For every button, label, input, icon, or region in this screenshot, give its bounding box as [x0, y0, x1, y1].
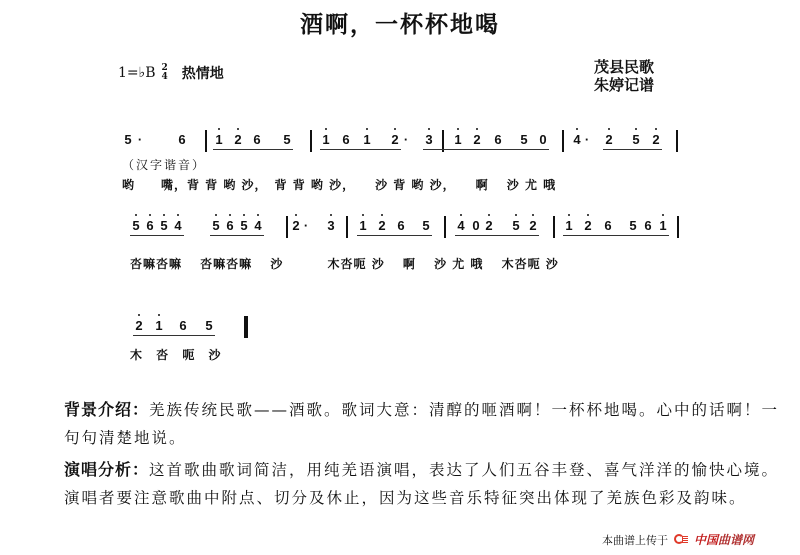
beam-line [238, 235, 264, 236]
key-signature: 1=♭B 2 4 热情地 [118, 63, 224, 83]
site-name-part1[interactable]: 中国 [694, 531, 718, 548]
note: 5 [130, 218, 142, 233]
high-octave-dot [163, 214, 165, 216]
note: 1 [153, 318, 165, 333]
high-octave-dot [362, 214, 364, 216]
note: 2 [376, 218, 388, 233]
beam-line [630, 149, 662, 150]
note: 1 [563, 218, 575, 233]
credits: 茂县民歌 朱婷记谱 [594, 58, 654, 94]
note: 2 [471, 132, 483, 147]
note: 2 [483, 218, 495, 233]
dot-augmentation: · [134, 132, 146, 147]
note: 5 [210, 218, 222, 233]
site-name-part2[interactable]: 曲谱网 [718, 531, 754, 548]
note: 5 [420, 218, 432, 233]
dot-augmentation: · [581, 132, 593, 147]
note: 6 [602, 218, 614, 233]
high-octave-dot [330, 214, 332, 216]
note: 2 [232, 132, 244, 147]
origin-credit: 茂县民歌 [594, 58, 654, 76]
site-logo-icon [674, 534, 688, 545]
note: 5 [510, 218, 522, 233]
background-section: 背景介绍：羌族传统民歌——酒歌。歌词大意：清醇的咂酒啊！一杯杯地喝。心中的话啊！… [64, 396, 794, 452]
high-octave-dot [568, 214, 570, 216]
high-octave-dot [325, 128, 327, 130]
high-octave-dot [229, 214, 231, 216]
watermark-prefix: 本曲谱上传于 [602, 532, 668, 548]
high-octave-dot [488, 214, 490, 216]
note: 6 [251, 132, 263, 147]
high-octave-dot [394, 128, 396, 130]
score-row-1: 5·612651612·3126504·252 [0, 128, 800, 168]
transcriber-credit: 朱婷记谱 [594, 76, 654, 94]
bar-line [677, 216, 679, 238]
dot-augmentation: · [300, 218, 312, 233]
beam-line [510, 235, 539, 236]
note: 2 [603, 132, 615, 147]
analysis-label: 演唱分析： [64, 460, 149, 479]
note: 5 [238, 218, 250, 233]
bar-line [444, 216, 446, 238]
beam-line [395, 235, 432, 236]
note: 5 [630, 132, 642, 147]
high-octave-dot [295, 214, 297, 216]
high-octave-dot [587, 214, 589, 216]
high-octave-dot [655, 128, 657, 130]
high-octave-dot [381, 214, 383, 216]
bar-line [676, 130, 678, 152]
beam-line [642, 235, 669, 236]
lyrics-row-1: 哟 嘴，背 背 哟 沙， 背 背 哟 沙， 沙 背 哟 沙， 啊 沙 尤 哦 [122, 176, 556, 193]
high-octave-dot [138, 314, 140, 316]
score-row-3: 2165 [0, 314, 800, 354]
high-octave-dot [218, 128, 220, 130]
song-title: 酒啊，一杯杯地喝 [0, 6, 800, 39]
time-signature: 2 4 [162, 64, 168, 82]
note: 1 [357, 218, 369, 233]
bar-line [346, 216, 348, 238]
beam-line [361, 149, 401, 150]
high-octave-dot [662, 214, 664, 216]
final-bar-line [244, 316, 248, 338]
bar-line [310, 130, 312, 152]
note: 6 [642, 218, 654, 233]
background-label: 背景介绍： [64, 400, 149, 419]
lyrics-row-3: 木 呇 呃 沙 [130, 346, 226, 363]
bar-line [562, 130, 564, 152]
high-octave-dot [177, 214, 179, 216]
high-octave-dot [428, 128, 430, 130]
note: 1 [213, 132, 225, 147]
note: 5 [203, 318, 215, 333]
watermark: 本曲谱上传于 中国 曲谱网 [602, 531, 754, 548]
high-octave-dot [635, 128, 637, 130]
high-octave-dot [237, 128, 239, 130]
note: 6 [492, 132, 504, 147]
note: 4 [252, 218, 264, 233]
analysis-section: 演唱分析：这首歌曲歌词简洁，用纯羌语演唱，表达了人们五谷丰登、喜气洋洋的愉快心境… [64, 456, 794, 512]
note: 5 [122, 132, 134, 147]
note: 6 [176, 132, 188, 147]
note: 1 [452, 132, 464, 147]
high-octave-dot [476, 128, 478, 130]
note: 5 [158, 218, 170, 233]
note: 6 [340, 132, 352, 147]
note: 3 [423, 132, 435, 147]
high-octave-dot [135, 214, 137, 216]
tempo-marking: 热情地 [182, 63, 224, 83]
bar-line [553, 216, 555, 238]
high-octave-dot [243, 214, 245, 216]
note: 6 [144, 218, 156, 233]
high-octave-dot [576, 128, 578, 130]
note: 6 [395, 218, 407, 233]
lyrics-note-label: （汉字谐音） [122, 156, 206, 173]
note: 5 [627, 218, 639, 233]
note: 6 [177, 318, 189, 333]
note: 1 [320, 132, 332, 147]
note: 0 [537, 132, 549, 147]
beam-line [251, 149, 293, 150]
high-octave-dot [532, 214, 534, 216]
high-octave-dot [515, 214, 517, 216]
beam-line [158, 235, 184, 236]
bar-line [205, 130, 207, 152]
note: 3 [325, 218, 337, 233]
score-row-2: 565456542·3126540252126561 [0, 214, 800, 254]
analysis-text: 这首歌曲歌词简洁，用纯羌语演唱，表达了人们五谷丰登、喜气洋洋的愉快心境。演唱者要… [64, 461, 779, 507]
high-octave-dot [608, 128, 610, 130]
lyrics-row-2: 呇嘛呇嘛 呇嘛呇嘛 沙 木呇呃 沙 啊 沙 尤 哦 木呇呃 沙 [130, 255, 559, 272]
high-octave-dot [366, 128, 368, 130]
note: 6 [224, 218, 236, 233]
note: 1 [361, 132, 373, 147]
beam-line [518, 149, 549, 150]
note: 2 [582, 218, 594, 233]
high-octave-dot [457, 128, 459, 130]
note: 2 [527, 218, 539, 233]
note: 1 [657, 218, 669, 233]
key-label: 1=♭B [118, 65, 156, 81]
beam-line [177, 335, 215, 336]
background-text: 羌族传统民歌——酒歌。歌词大意：清醇的咂酒啊！一杯杯地喝。心中的话啊！一句句清楚… [64, 401, 779, 447]
note: 0 [470, 218, 482, 233]
note: 5 [281, 132, 293, 147]
note: 4 [455, 218, 467, 233]
high-octave-dot [460, 214, 462, 216]
note: 2 [133, 318, 145, 333]
high-octave-dot [215, 214, 217, 216]
note: 5 [518, 132, 530, 147]
note: 4 [172, 218, 184, 233]
dot-augmentation: · [400, 132, 412, 147]
high-octave-dot [158, 314, 160, 316]
bar-line [286, 216, 288, 238]
high-octave-dot [257, 214, 259, 216]
high-octave-dot [149, 214, 151, 216]
note: 2 [650, 132, 662, 147]
